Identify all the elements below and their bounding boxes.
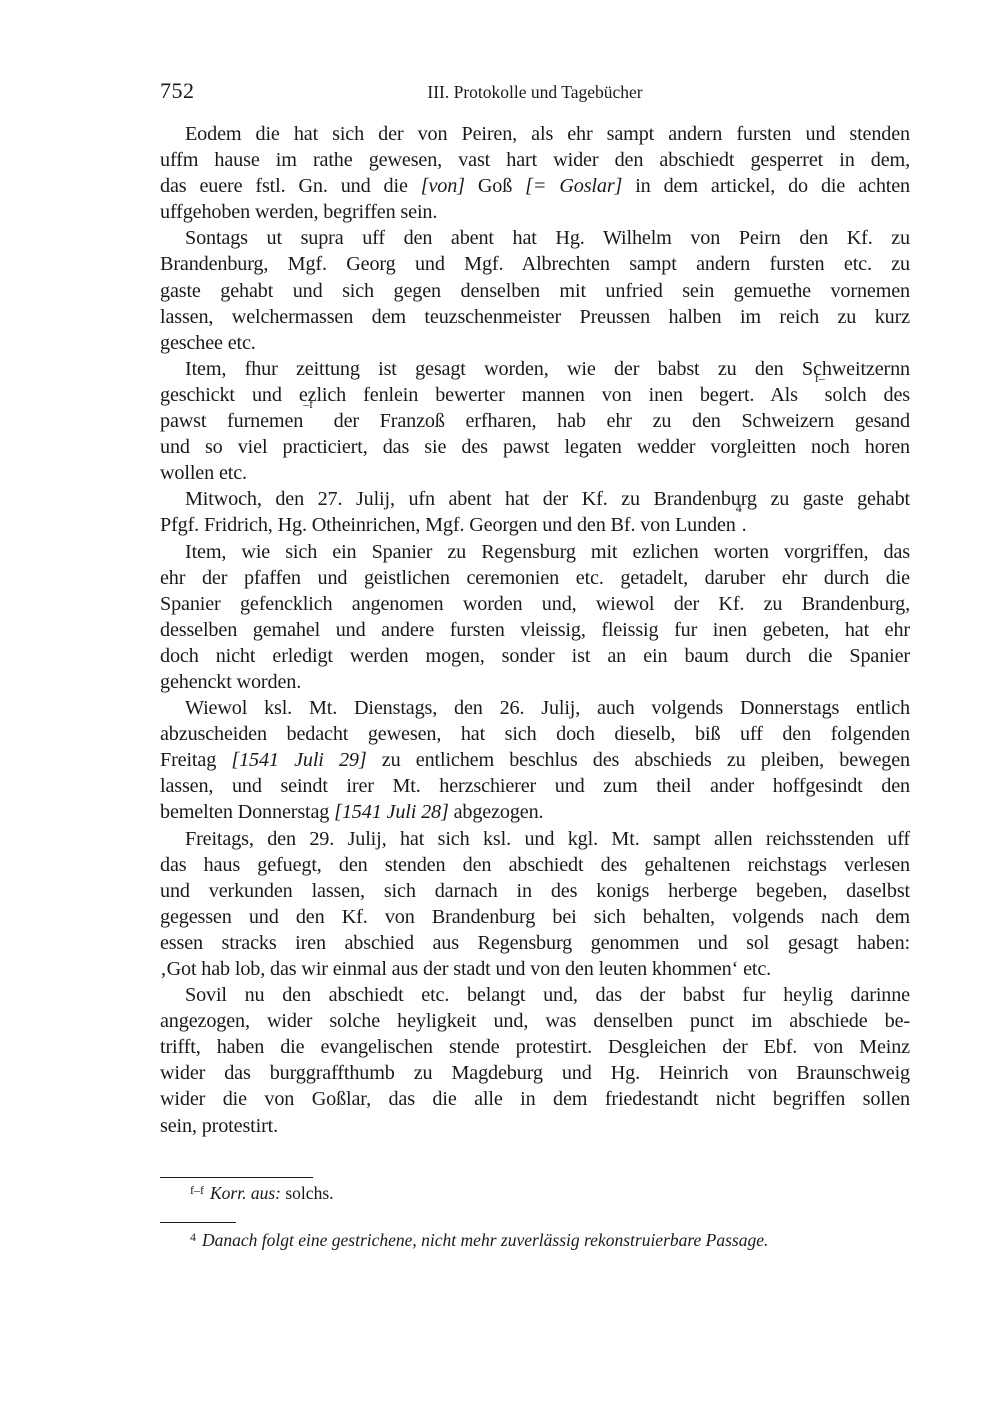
text-run: Sontags ut supra uff den abent hat Hg. W… (185, 227, 910, 249)
text-line: und so viel practiciert, das sie des paw… (160, 434, 910, 460)
text-line: Wiewol ksl. Mt. Dienstags, den 26. Julij… (160, 695, 910, 721)
text-line: desselben gemahel und andere fursten vle… (160, 617, 910, 643)
text-run: Pfgf. Fridrich, Hg. Otheinrichen, Mgf. G… (160, 514, 736, 536)
text-run: lassen, welchermassen dem teuzschenmeist… (160, 306, 910, 328)
text-run: zu entlichem beschlus des abschieds zu p… (367, 749, 910, 771)
text-line: doch nicht erledigt werden mogen, sonder… (160, 643, 910, 669)
text-run: essen stracks iren abschied aus Regensbu… (160, 932, 910, 954)
footnote-reference: 4 (736, 501, 742, 515)
footnote-text: solchs. (281, 1183, 334, 1203)
footnote-textual: f–fKorr. aus: solchs. (190, 1182, 334, 1204)
footnote-reference: –f (303, 397, 313, 411)
text-run: Freitags, den 29. Julij, hat sich ksl. u… (185, 828, 910, 850)
text-run: gehenckt worden. (160, 671, 301, 693)
text-line: lassen, und seindt irer Mt. herzschierer… (160, 773, 910, 799)
text-line: ehr der pfaffen und geistlichen ceremoni… (160, 565, 910, 591)
page-header: 752 III. Protokolle und Tagebücher (160, 78, 910, 108)
text-run: ‚Got hab lob, das wir einmal aus der sta… (160, 958, 771, 980)
text-line: Sontags ut supra uff den abent hat Hg. W… (160, 225, 910, 251)
text-line: wider das burggraffthumb zu Magdeburg un… (160, 1060, 910, 1086)
text-run: Item, fhur zeittung ist gesagt worden, w… (185, 358, 910, 380)
running-head: III. Protokolle und Tagebücher (160, 82, 910, 103)
text-run: abgezogen. (449, 801, 544, 823)
text-line: lassen, welchermassen dem teuzschenmeist… (160, 304, 910, 330)
paragraph: Sontags ut supra uff den abent hat Hg. W… (160, 225, 910, 355)
text-line: wider die von Goßlar, das die alle in de… (160, 1086, 910, 1112)
text-line: das haus gefuegt, den stenden den abschi… (160, 852, 910, 878)
text-line: Sovil nu den abschiedt etc. belangt und,… (160, 982, 910, 1008)
text-run: wider das burggraffthumb zu Magdeburg un… (160, 1062, 910, 1084)
text-run: gaste gehabt und sich gegen denselben mi… (160, 280, 910, 302)
footnote-rule-textual (160, 1177, 313, 1178)
paragraph: Item, fhur zeittung ist gesagt worden, w… (160, 356, 910, 486)
editorial-insertion: [1541 Juli 28] (334, 801, 449, 823)
text-run: pawst furnemen (160, 410, 303, 432)
text-run: der Franzoß erfharen, hab ehr zu den Sch… (313, 410, 910, 432)
text-line: Pfgf. Fridrich, Hg. Otheinrichen, Mgf. G… (160, 512, 910, 538)
text-run: desselben gemahel und andere fursten vle… (160, 619, 910, 641)
text-run: das euere fstl. Gn. und die (160, 175, 421, 197)
text-run: gegessen und den Kf. von Brandenburg bei… (160, 906, 910, 928)
paragraph: Eodem die hat sich der von Peiren, als e… (160, 121, 910, 225)
text-run: uffm hause im rathe gewesen, vast hart w… (160, 149, 910, 171)
text-run: abzuscheiden bedacht gewesen, hat sich d… (160, 723, 910, 745)
text-line: ‚Got hab lob, das wir einmal aus der sta… (160, 956, 910, 982)
text-run: geschickt und ezlich fenlein bewerter ma… (160, 384, 815, 406)
text-line: pawst furnemen–f der Franzoß erfharen, h… (160, 408, 910, 434)
footnote-mark: 4 (190, 1230, 196, 1244)
text-line: gaste gehabt und sich gegen denselben mi… (160, 278, 910, 304)
text-line: uffgehoben werden, begriffen sein. (160, 199, 910, 225)
text-line: bemelten Donnerstag [1541 Juli 28] abgez… (160, 799, 910, 825)
text-run: Goß (465, 175, 525, 197)
text-run: Mitwoch, den 27. Julij, ufn abent hat de… (185, 488, 910, 510)
text-run: . (742, 514, 747, 536)
paragraph: Item, wie sich ein Spanier zu Regensburg… (160, 539, 910, 696)
text-run: Eodem die hat sich der von Peiren, als e… (185, 123, 910, 145)
text-run: Sovil nu den abschiedt etc. belangt und,… (185, 984, 910, 1006)
text-line: Eodem die hat sich der von Peiren, als e… (160, 121, 910, 147)
text-line: Item, fhur zeittung ist gesagt worden, w… (160, 356, 910, 382)
text-line: gegessen und den Kf. von Brandenburg bei… (160, 904, 910, 930)
footnote-text: Danach folgt eine gestrichene, nicht meh… (202, 1230, 768, 1250)
text-run: in dem artickel, do die achten (622, 175, 910, 197)
text-line: Freitags, den 29. Julij, hat sich ksl. u… (160, 826, 910, 852)
text-line: abzuscheiden bedacht gewesen, hat sich d… (160, 721, 910, 747)
paragraph: Sovil nu den abschiedt etc. belangt und,… (160, 982, 910, 1139)
body-text: Eodem die hat sich der von Peiren, als e… (160, 121, 910, 1139)
text-run: bemelten Donnerstag (160, 801, 334, 823)
text-line: das euere fstl. Gn. und die [von] Goß [=… (160, 173, 910, 199)
footnote-mark: f–f (190, 1183, 204, 1197)
text-run: solch des (825, 384, 910, 406)
text-line: sein, protestirt. (160, 1113, 910, 1139)
text-run: Spanier gefencklich angenomen worden und… (160, 593, 910, 615)
text-run: geschee etc. (160, 332, 256, 354)
text-line: wollen etc. (160, 460, 910, 486)
text-run: Item, wie sich ein Spanier zu Regensburg… (185, 541, 910, 563)
paragraph: Wiewol ksl. Mt. Dienstags, den 26. Julij… (160, 695, 910, 825)
text-line: essen stracks iren abschied aus Regensbu… (160, 930, 910, 956)
text-run: uffgehoben werden, begriffen sein. (160, 201, 437, 223)
editorial-insertion: [1541 Juli 29] (231, 749, 366, 771)
text-line: Spanier gefencklich angenomen worden und… (160, 591, 910, 617)
text-line: uffm hause im rathe gewesen, vast hart w… (160, 147, 910, 173)
text-line: Freitag [1541 Juli 29] zu entlichem besc… (160, 747, 910, 773)
footnote-label: Korr. aus: (210, 1183, 281, 1203)
text-line: Brandenburg, Mgf. Georg und Mgf. Albrech… (160, 251, 910, 277)
editorial-insertion: [= Goslar] (525, 175, 622, 197)
paragraph: Freitags, den 29. Julij, hat sich ksl. u… (160, 826, 910, 983)
text-run: wollen etc. (160, 462, 247, 484)
text-run: Freitag (160, 749, 231, 771)
text-line: angezogen, wider solche heyligkeit und, … (160, 1008, 910, 1034)
footnote-numbered: 4Danach folgt eine gestrichene, nicht me… (190, 1229, 768, 1251)
text-run: lassen, und seindt irer Mt. herzschierer… (160, 775, 910, 797)
text-line: geschee etc. (160, 330, 910, 356)
text-run: Brandenburg, Mgf. Georg und Mgf. Albrech… (160, 253, 910, 275)
text-run: wider die von Goßlar, das die alle in de… (160, 1088, 910, 1110)
text-line: Item, wie sich ein Spanier zu Regensburg… (160, 539, 910, 565)
text-line: geschickt und ezlich fenlein bewerter ma… (160, 382, 910, 408)
footnote-reference: f– (815, 371, 825, 385)
text-line: Mitwoch, den 27. Julij, ufn abent hat de… (160, 486, 910, 512)
text-run: angezogen, wider solche heyligkeit und, … (160, 1010, 910, 1032)
text-run: doch nicht erledigt werden mogen, sonder… (160, 645, 910, 667)
text-line: trifft, haben die evangelischen stende p… (160, 1034, 910, 1060)
text-run: und so viel practiciert, das sie des paw… (160, 436, 910, 458)
text-line: gehenckt worden. (160, 669, 910, 695)
text-run: das haus gefuegt, den stenden den abschi… (160, 854, 910, 876)
paragraph: Mitwoch, den 27. Julij, ufn abent hat de… (160, 486, 910, 538)
text-run: und verkunden lassen, sich darnach in de… (160, 880, 910, 902)
text-line: und verkunden lassen, sich darnach in de… (160, 878, 910, 904)
text-run: trifft, haben die evangelischen stende p… (160, 1036, 910, 1058)
text-run: Wiewol ksl. Mt. Dienstags, den 26. Julij… (185, 697, 910, 719)
text-run: sein, protestirt. (160, 1115, 278, 1137)
footnote-rule-numbered (160, 1222, 236, 1223)
editorial-insertion: [von] (421, 175, 465, 197)
text-run: ehr der pfaffen und geistlichen ceremoni… (160, 567, 910, 589)
